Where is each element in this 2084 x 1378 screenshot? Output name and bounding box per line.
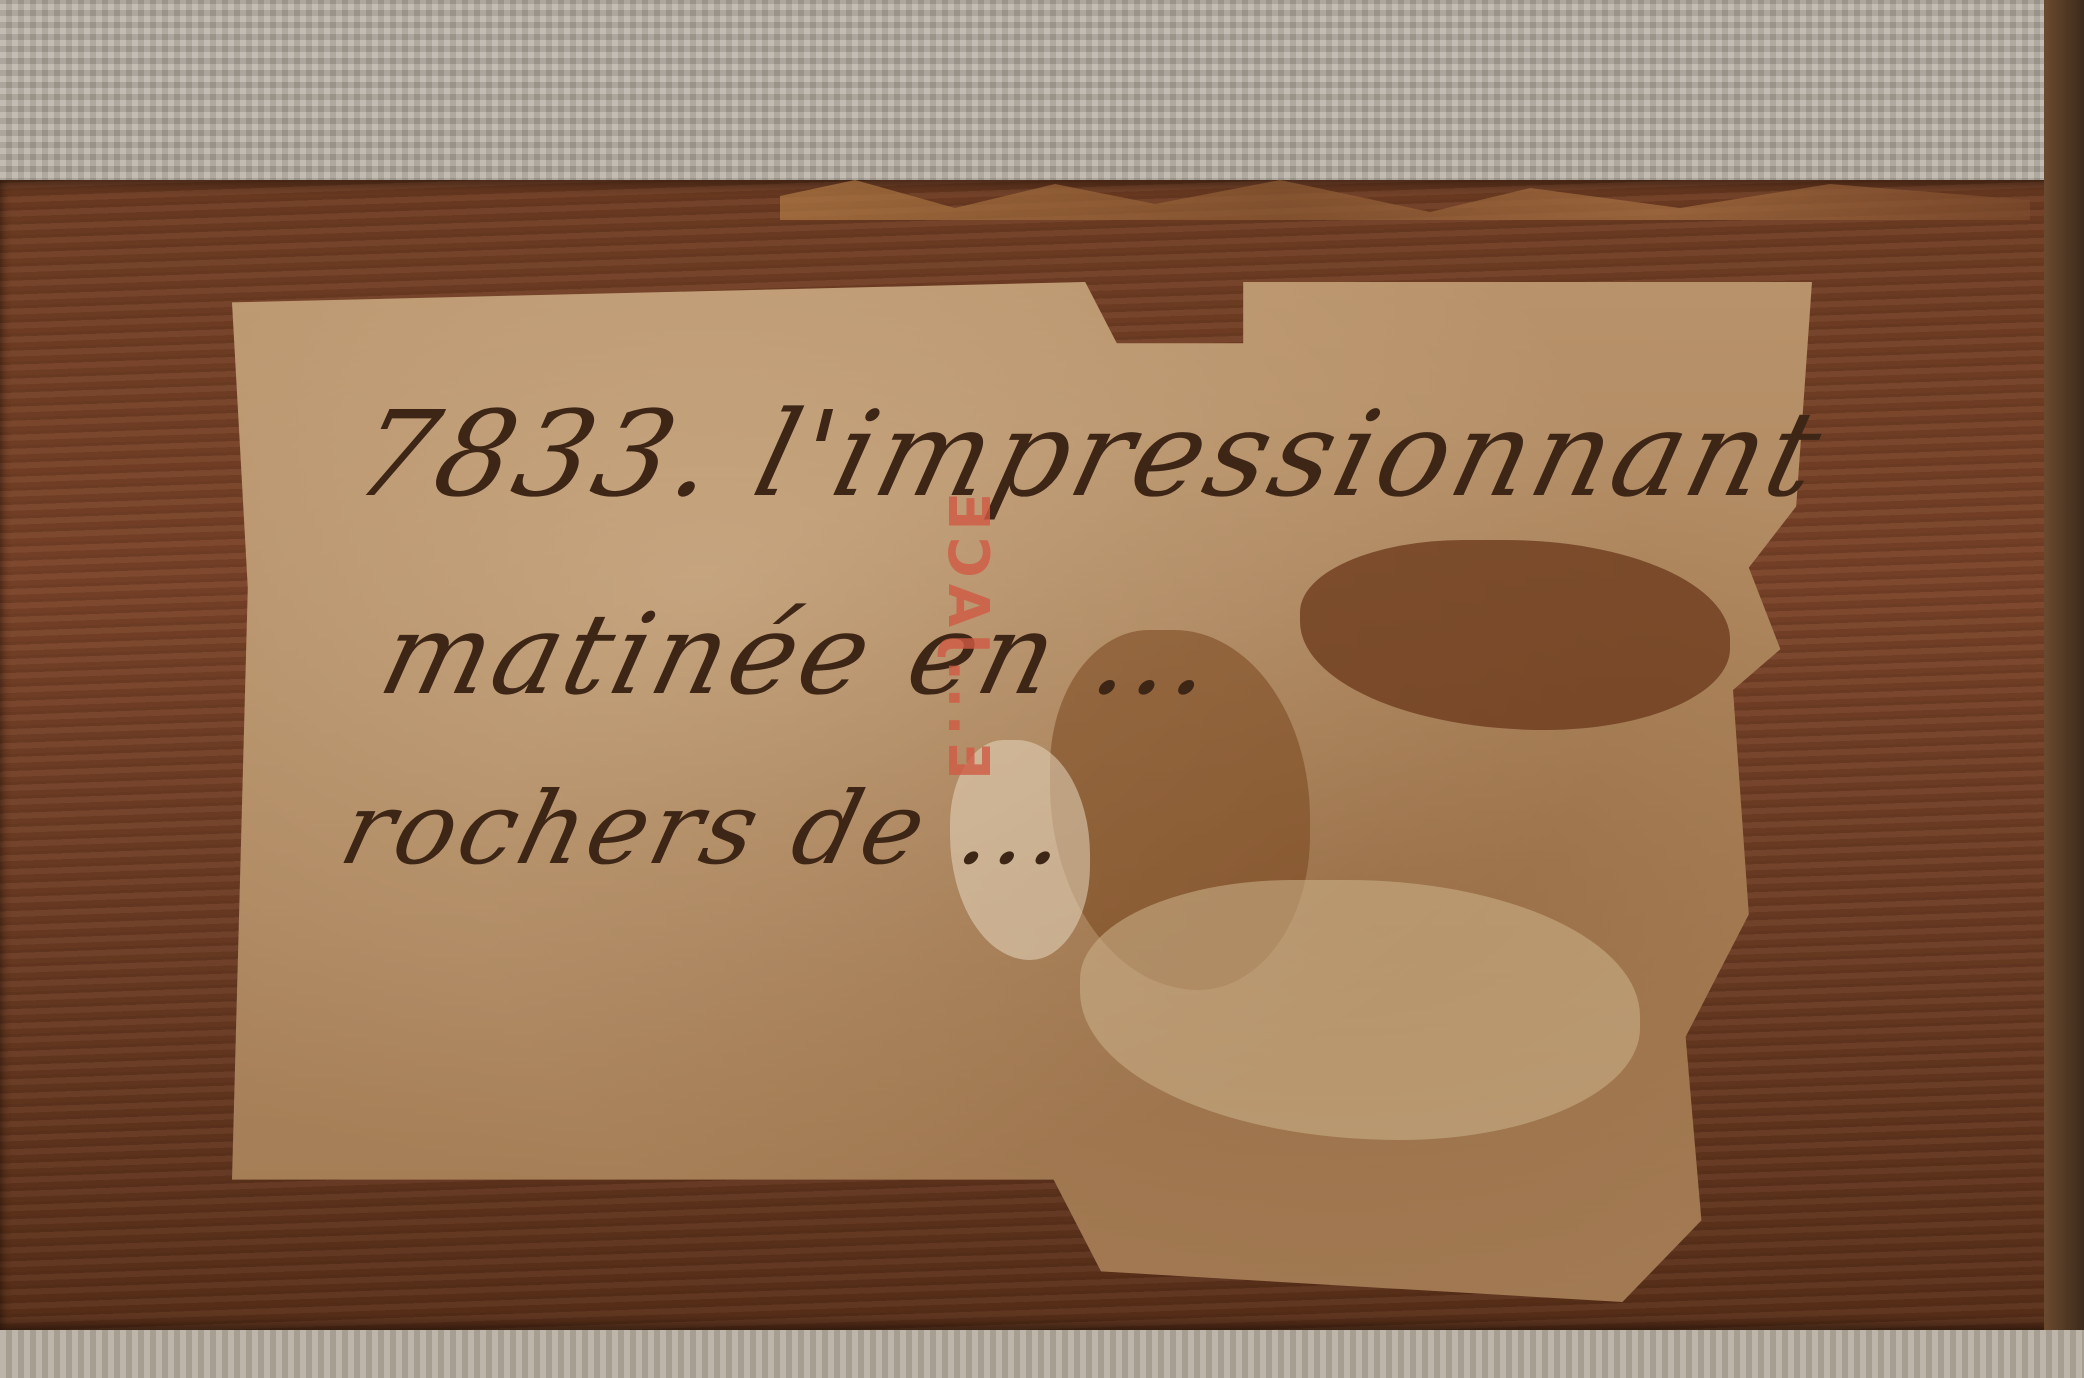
- handwritten-line-1: 7833. l'impressionnant: [343, 385, 1838, 523]
- handwritten-line-3: rochers de ...: [330, 770, 1084, 887]
- handwritten-line-2: matinée en ...: [369, 590, 1232, 720]
- canvas-weave-bottom: [0, 1330, 2084, 1378]
- frame-post: [2044, 0, 2084, 1378]
- red-stamp: E...JACE: [935, 486, 1000, 780]
